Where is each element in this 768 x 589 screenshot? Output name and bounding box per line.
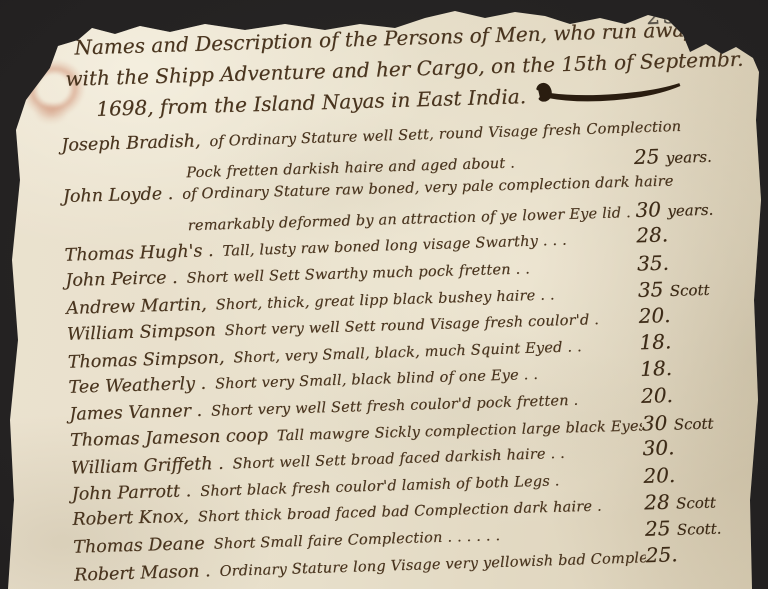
entry-name: Thomas Hugh's . bbox=[64, 241, 214, 266]
age-number: 18. bbox=[639, 329, 672, 354]
age-number: 25 bbox=[634, 144, 660, 169]
manuscript-page: 259 Names and Description of the Persons… bbox=[0, 0, 768, 589]
entry-name: Thomas Deane bbox=[73, 534, 205, 558]
entry-age: 28 Scott bbox=[644, 488, 763, 515]
entry-age: 35 Scott bbox=[638, 274, 757, 301]
age-number: 25. bbox=[645, 542, 678, 567]
entry-age: 28. bbox=[636, 220, 755, 248]
age-note: years. bbox=[667, 200, 713, 219]
age-note: Scott bbox=[676, 494, 716, 513]
age-note: Scott. bbox=[677, 519, 722, 538]
age-number: 20. bbox=[643, 463, 676, 488]
entry-name: Robert Mason . bbox=[74, 561, 211, 585]
age-number: 28. bbox=[636, 223, 669, 248]
age-number: 30 bbox=[635, 197, 661, 222]
entry-age: 30. bbox=[642, 433, 761, 461]
entry-name: Andrew Martin, bbox=[66, 294, 207, 318]
entry-indent bbox=[62, 177, 186, 181]
entry-age: 20. bbox=[641, 380, 760, 407]
age-number: 28 bbox=[644, 490, 670, 515]
age-number: 25 bbox=[645, 516, 671, 541]
age-number: 18. bbox=[640, 356, 673, 381]
handwritten-content: Names and Description of the Persons of … bbox=[58, 13, 764, 587]
entry-indent bbox=[64, 230, 188, 234]
entry-name: Robert Knox, bbox=[72, 507, 189, 530]
entry-age: 25 Scott. bbox=[645, 513, 764, 540]
entry-age: 18. bbox=[640, 354, 759, 381]
entry-name: William Simpson bbox=[67, 321, 216, 345]
archive-photo-background: 259 Names and Description of the Persons… bbox=[0, 0, 768, 589]
entries: Joseph Bradish,of Ordinary Stature well … bbox=[61, 114, 764, 586]
entry-age: 30 years. bbox=[635, 194, 754, 221]
entry-name: James Vanner . bbox=[69, 401, 202, 425]
entry-age: 30 Scott bbox=[642, 408, 761, 435]
age-number: 20. bbox=[638, 303, 671, 328]
entry-age: 25 years. bbox=[634, 141, 753, 168]
age-number: 35 bbox=[638, 277, 664, 302]
entry-age: 18. bbox=[639, 326, 758, 354]
entry-age: 35. bbox=[637, 248, 756, 275]
age-number: 20. bbox=[641, 383, 674, 408]
entry-age: 25. bbox=[645, 539, 764, 567]
entry-age: 20. bbox=[643, 460, 762, 487]
entry-name: Thomas Simpson, bbox=[67, 347, 224, 372]
age-note: years. bbox=[666, 147, 712, 166]
entry-name: Joseph Bradish, bbox=[61, 131, 201, 155]
pen-flourish-icon bbox=[534, 76, 685, 113]
age-number: 30 bbox=[642, 410, 668, 435]
age-number: 35. bbox=[637, 251, 669, 276]
age-note: Scott bbox=[669, 280, 709, 299]
entry-name: William Griffeth . bbox=[71, 454, 224, 479]
entry-name: John Parrott . bbox=[71, 481, 191, 505]
age-note: Scott bbox=[673, 414, 713, 433]
age-number: 30. bbox=[642, 435, 675, 460]
entry-age: 20. bbox=[638, 301, 757, 328]
entry-name: Thomas Jameson coop bbox=[70, 425, 268, 450]
entry-name: John Loyde . bbox=[63, 184, 174, 207]
entry-name: Tee Weatherly . bbox=[68, 374, 206, 398]
entry-name: John Peirce . bbox=[65, 268, 178, 291]
entry-desc: Ordinary Stature long Visage very yellow… bbox=[219, 550, 646, 580]
